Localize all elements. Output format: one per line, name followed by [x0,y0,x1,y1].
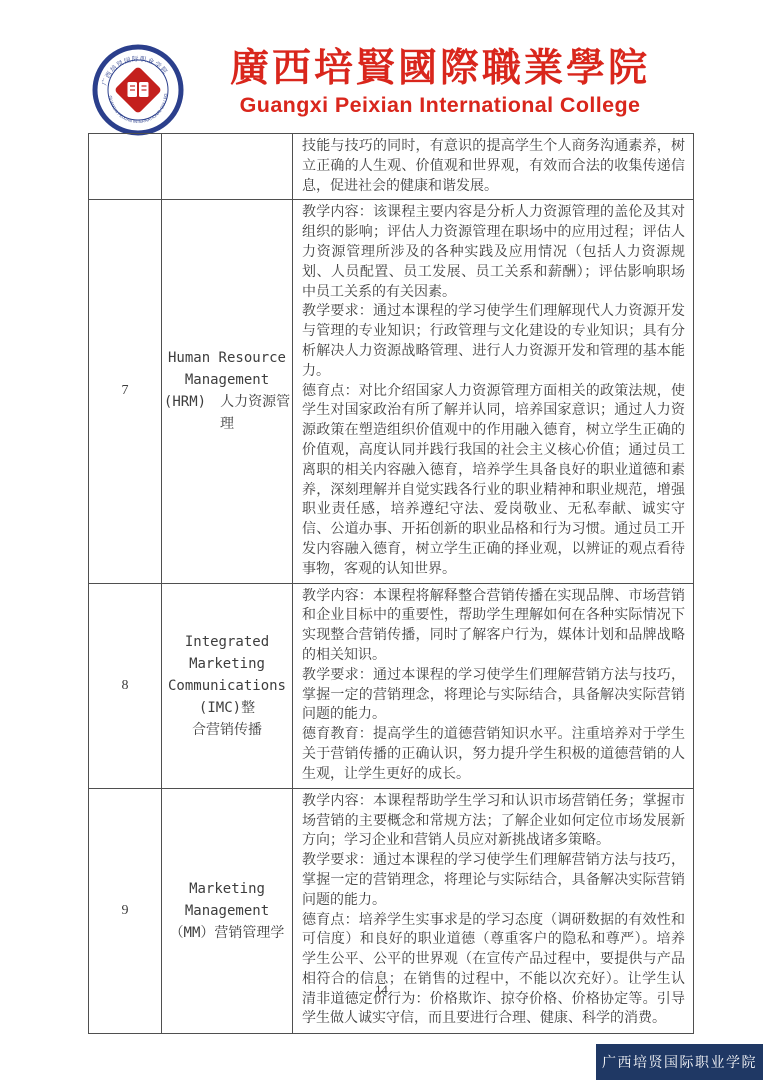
course-description-cell: 教学内容：本课程将解释整合营销传播在实现品牌、市场营销和企业目标中的重要性，帮助… [293,583,694,788]
page-number: 14 [0,983,763,998]
course-description-cell: 技能与技巧的同时，有意识的提高学生个人商务沟通素养，树立正确的人生观、价值观和世… [293,134,694,200]
course-number-cell [89,134,162,200]
table-row-continuation: 技能与技巧的同时，有意识的提高学生个人商务沟通素养，树立正确的人生观、价值观和世… [89,134,694,200]
course-name-cell [162,134,293,200]
course-number-cell: 7 [89,200,162,583]
college-titles: 廣西培賢國際職業學院 Guangxi Peixian International… [210,46,670,118]
course-name-cell: Integrated Marketing Communications (IMC… [162,583,293,788]
college-title-english: Guangxi Peixian International College [210,92,670,118]
course-name-cell: Human Resource Management (HRM) 人力资源管理 [162,200,293,583]
college-name-badge: 广西培贤国际职业学院 [596,1044,763,1080]
course-description-table: 技能与技巧的同时，有意识的提高学生个人商务沟通素养，树立正确的人生观、价值观和世… [88,133,694,1034]
college-seal-icon: 广西培贤国际职业学院 GUANGXI PEIXIAN INTERNATIONAL… [92,44,184,136]
course-description-cell: 教学内容：该课程主要内容是分析人力资源管理的盖伦及其对组织的影响；评估人力资源管… [293,200,694,583]
course-number-cell: 8 [89,583,162,788]
table-row-7: 7 Human Resource Management (HRM) 人力资源管理… [89,200,694,583]
table-row-8: 8 Integrated Marketing Communications (I… [89,583,694,788]
college-title-chinese: 廣西培賢國際職業學院 [210,46,670,92]
document-page: 广西培贤国际职业学院 GUANGXI PEIXIAN INTERNATIONAL… [0,0,763,1080]
college-seal-logo: 广西培贤国际职业学院 GUANGXI PEIXIAN INTERNATIONAL… [92,44,184,136]
page-header: 广西培贤国际职业学院 GUANGXI PEIXIAN INTERNATIONAL… [88,42,675,132]
